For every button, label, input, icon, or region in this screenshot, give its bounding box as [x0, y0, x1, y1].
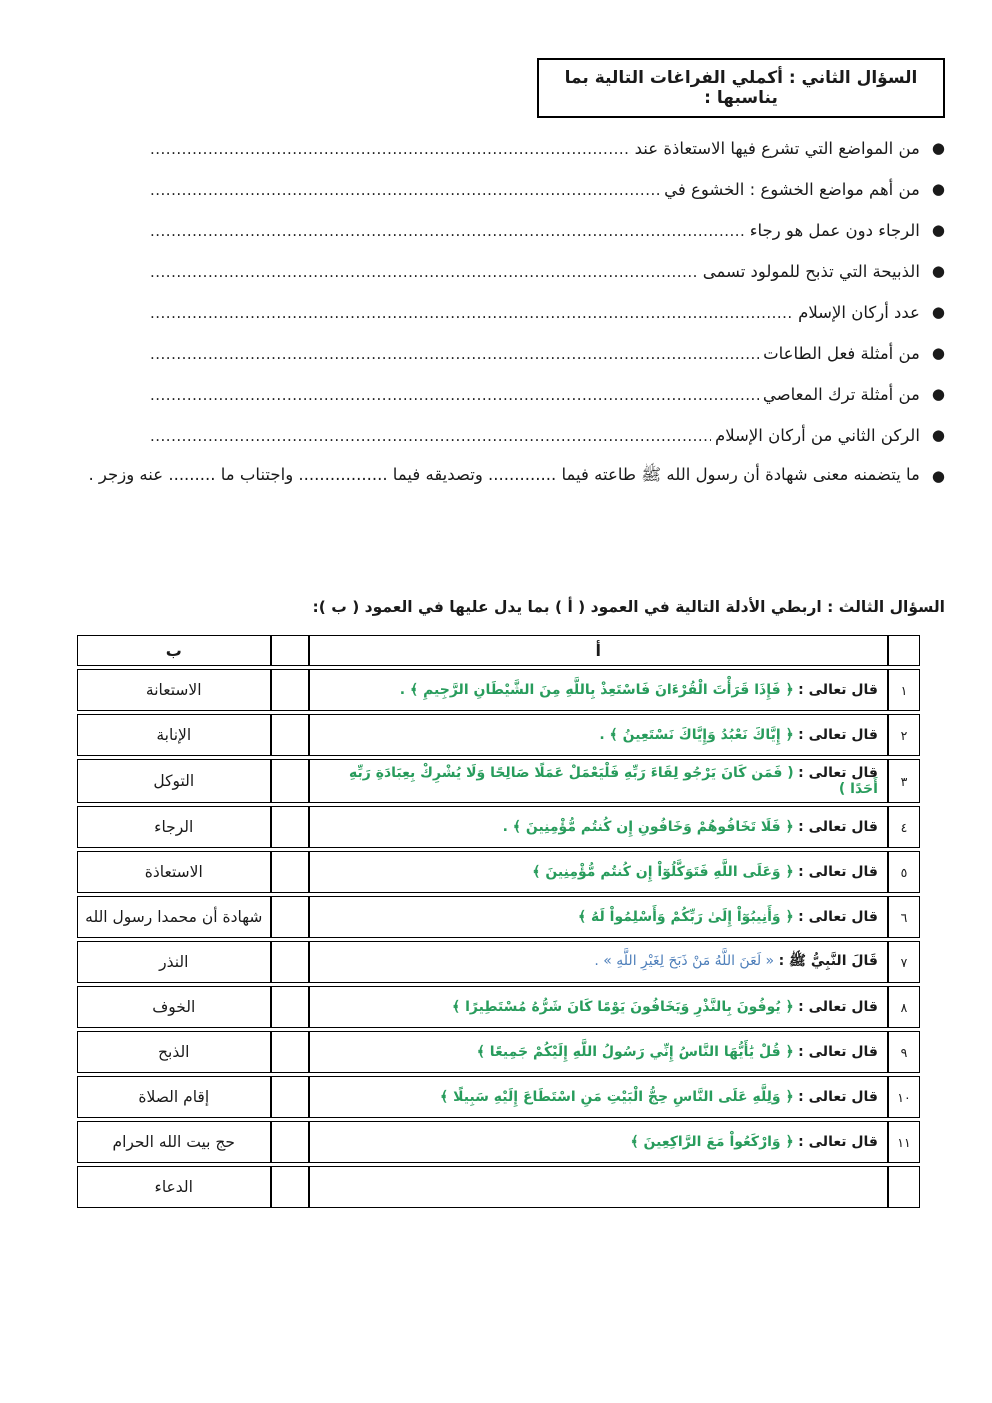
fill-blank-dots: ........................................…: [150, 304, 794, 322]
term-cell: حج بيت الله الحرام: [77, 1121, 271, 1163]
list-item: ● الرجاء دون عمل هو رجاء ...............…: [150, 210, 945, 251]
match-answer-cell: [271, 806, 309, 848]
term-cell: الاستعانة: [77, 669, 271, 711]
fill-blank-dots: ........................................…: [150, 386, 759, 404]
question3-title: السؤال الثالث : اربطي الأدلة التالية في …: [313, 598, 945, 616]
fill-blank-dots: ........................................…: [150, 222, 746, 240]
list-item: ● من أهم مواضع الخشوع : الخشوع في ......…: [150, 169, 945, 210]
verse-text: ﴿ فَإِذَا قَرَأْتَ الْقُرْءَانَ فَاسْتَع…: [400, 682, 794, 698]
match-answer-cell: [271, 896, 309, 938]
speaker-text: قال تعالى :: [798, 682, 878, 698]
bullet-icon: ●: [932, 223, 945, 238]
match-answer-cell: [271, 714, 309, 756]
term-cell: شهادة أن محمدا رسول الله: [77, 896, 271, 938]
evidence-cell: قَالَ النَّبِيُّ ﷺ : « لَعَنَ اللَّهُ مَ…: [309, 941, 888, 983]
bullet-icon: ●: [932, 141, 945, 156]
speaker-text: قال تعالى :: [798, 765, 878, 781]
term-cell: الاستعاذة: [77, 851, 271, 893]
row-number: ١: [888, 669, 920, 711]
bullet-icon: ●: [932, 182, 945, 197]
fill-blank-dots: ........................................…: [150, 427, 711, 445]
row-number: ١١: [888, 1121, 920, 1163]
speaker-text: قال تعالى :: [798, 909, 878, 925]
verse-text: ﴿ إِيَّاكَ نَعْبُدُ وَإِيَّاكَ نَسْتَعِي…: [599, 727, 793, 743]
hadith-text: « لَعَنَ اللَّهُ مَنْ ذَبَحَ لِغَيْرِ ال…: [594, 953, 774, 969]
table-row: ٢ قال تعالى : ﴿ إِيَّاكَ نَعْبُدُ وَإِيَ…: [77, 714, 920, 756]
evidence-cell: قال تعالى : ﴿ فَلَا تَخَافُوهُمْ وَخَافُ…: [309, 806, 888, 848]
table-row: ٥ قال تعالى : ﴿ وَعَلَى اللَّهِ فَتَوَكَ…: [77, 851, 920, 893]
row-number: ٩: [888, 1031, 920, 1073]
verse-text: ﴿ يُوفُونَ بِالنَّذْرِ وَيَخَافُونَ يَوْ…: [452, 999, 794, 1015]
table-row: ٩ قال تعالى : ﴿ قُلْ يَٰأَيُّهَا النَّاس…: [77, 1031, 920, 1073]
evidence-cell: قال تعالى : ﴿ وَلِلَّهِ عَلَى النَّاسِ ح…: [309, 1076, 888, 1118]
list-item: ● من المواضع التي تشرع فيها الاستعاذة عن…: [150, 128, 945, 169]
evidence-cell: قال تعالى : ﴿ فَإِذَا قَرَأْتَ الْقُرْءَ…: [309, 669, 888, 711]
term-cell: النذر: [77, 941, 271, 983]
row-number: ١٠: [888, 1076, 920, 1118]
match-answer-cell: [271, 1166, 309, 1208]
row-number: ٥: [888, 851, 920, 893]
bullet-icon: ●: [932, 346, 945, 361]
evidence-cell: قال تعالى : ﴿ يُوفُونَ بِالنَّذْرِ وَيَخ…: [309, 986, 888, 1028]
row-number: [888, 1166, 920, 1208]
speaker-text: قَالَ النَّبِيُّ ﷺ :: [779, 953, 878, 969]
fill-blank-dots: ........................................…: [150, 345, 759, 363]
table-row: ١٠ قال تعالى : ﴿ وَلِلَّهِ عَلَى النَّاس…: [77, 1076, 920, 1118]
blank-question-text: ما يتضمنه معنى شهادة أن رسول الله ﷺ طاعت…: [88, 465, 919, 489]
blank-question-text: عدد أركان الإسلام: [798, 303, 920, 322]
verse-text: ﴿ وَأَنِيبُوٓاْ إِلَىٰ رَبِّكُمْ وَأَسْل…: [578, 909, 794, 925]
match-answer-cell: [271, 759, 309, 803]
evidence-cell: قال تعالى : ( فَمَن كَانَ يَرْجُو لِقَاء…: [309, 759, 888, 803]
list-item: ● من أمثلة فعل الطاعات .................…: [150, 333, 945, 374]
bullet-icon: ●: [932, 305, 945, 320]
table-row: ١ قال تعالى : ﴿ فَإِذَا قَرَأْتَ الْقُرْ…: [77, 669, 920, 711]
speaker-text: قال تعالى :: [798, 1044, 878, 1060]
table-row: ٨ قال تعالى : ﴿ يُوفُونَ بِالنَّذْرِ وَي…: [77, 986, 920, 1028]
bullet-icon: ●: [932, 469, 945, 484]
verse-text: ﴿ وَعَلَى اللَّهِ فَتَوَكَّلُوٓاْ إِن كُ…: [532, 864, 793, 880]
question2-title: السؤال الثاني : أكملي الفراغات التالية ب…: [551, 68, 931, 108]
row-number: ٣: [888, 759, 920, 803]
speaker-text: قال تعالى :: [798, 1089, 878, 1105]
row-number: ٨: [888, 986, 920, 1028]
match-answer-cell: [271, 669, 309, 711]
match-answer-cell: [271, 1121, 309, 1163]
bullet-icon: ●: [932, 264, 945, 279]
match-answer-cell: [271, 941, 309, 983]
evidence-cell: قال تعالى : ﴿ قُلْ يَٰأَيُّهَا النَّاسُ …: [309, 1031, 888, 1073]
matching-table: أ ب ١ قال تعالى : ﴿ فَإِذَا قَرَأْتَ الْ…: [77, 632, 920, 1211]
row-number: ٦: [888, 896, 920, 938]
fill-in-blanks-list: ● من المواضع التي تشرع فيها الاستعاذة عن…: [150, 128, 945, 497]
fill-blank-dots: ........................................…: [150, 140, 631, 158]
term-cell: الدعاء: [77, 1166, 271, 1208]
table-row: ١١ قال تعالى : ﴿ وَارْكَعُواْ مَعَ الرَّ…: [77, 1121, 920, 1163]
blank-question-text: من أمثلة ترك المعاصي: [763, 385, 920, 404]
evidence-cell: قال تعالى : ﴿ وَارْكَعُواْ مَعَ الرَّاكِ…: [309, 1121, 888, 1163]
match-answer-cell: [271, 851, 309, 893]
term-cell: الإنابة: [77, 714, 271, 756]
row-number: ٤: [888, 806, 920, 848]
match-answer-cell: [271, 986, 309, 1028]
match-answer-cell: [271, 1031, 309, 1073]
table-row: ٧ قَالَ النَّبِيُّ ﷺ : « لَعَنَ اللَّهُ …: [77, 941, 920, 983]
term-cell: التوكل: [77, 759, 271, 803]
table-row: ٤ قال تعالى : ﴿ فَلَا تَخَافُوهُمْ وَخَا…: [77, 806, 920, 848]
header-number-cell: [888, 635, 920, 666]
verse-text: ﴿ فَلَا تَخَافُوهُمْ وَخَافُونِ إِن كُنت…: [503, 819, 794, 835]
bullet-icon: ●: [932, 428, 945, 443]
row-number: ٢: [888, 714, 920, 756]
blank-question-text: من أمثلة فعل الطاعات: [763, 344, 920, 363]
evidence-cell: قال تعالى : ﴿ إِيَّاكَ نَعْبُدُ وَإِيَّا…: [309, 714, 888, 756]
bullet-icon: ●: [932, 387, 945, 402]
fill-blank-dots: ........................................…: [150, 263, 699, 281]
verse-text: ﴿ قُلْ يَٰأَيُّهَا النَّاسُ إِنِّي رَسُو…: [477, 1044, 794, 1060]
fill-blank-dots: ........................................…: [150, 181, 660, 199]
list-item: ● الركن الثاني من أركان الإسلام ........…: [150, 415, 945, 456]
list-item: ● ما يتضمنه معنى شهادة أن رسول الله ﷺ طا…: [150, 456, 945, 497]
row-number: ٧: [888, 941, 920, 983]
blank-question-text: الرجاء دون عمل هو رجاء: [750, 221, 920, 240]
speaker-text: قال تعالى :: [798, 999, 878, 1015]
speaker-text: قال تعالى :: [798, 1134, 878, 1150]
term-cell: الخوف: [77, 986, 271, 1028]
term-cell: إقام الصلاة: [77, 1076, 271, 1118]
evidence-cell: [309, 1166, 888, 1208]
speaker-text: قال تعالى :: [798, 819, 878, 835]
column-a-header: أ: [309, 635, 888, 666]
speaker-text: قال تعالى :: [798, 864, 878, 880]
question2-title-box: السؤال الثاني : أكملي الفراغات التالية ب…: [537, 58, 945, 118]
table-row: الدعاء: [77, 1166, 920, 1208]
evidence-cell: قال تعالى : ﴿ وَأَنِيبُوٓاْ إِلَىٰ رَبِّ…: [309, 896, 888, 938]
table-row: ٦ قال تعالى : ﴿ وَأَنِيبُوٓاْ إِلَىٰ رَب…: [77, 896, 920, 938]
verse-text: ﴿ وَلِلَّهِ عَلَى النَّاسِ حِجُّ الْبَيْ…: [440, 1089, 794, 1105]
table-row: ٣ قال تعالى : ( فَمَن كَانَ يَرْجُو لِقَ…: [77, 759, 920, 803]
term-cell: الرجاء: [77, 806, 271, 848]
header-answer-cell: [271, 635, 309, 666]
list-item: ● عدد أركان الإسلام ....................…: [150, 292, 945, 333]
blank-question-text: الذبيحة التي تذبح للمولود تسمى: [703, 262, 920, 281]
table-header-row: أ ب: [77, 635, 920, 666]
verse-text: ﴿ وَارْكَعُواْ مَعَ الرَّاكِعِينَ ﴾: [630, 1134, 793, 1150]
blank-question-text: من المواضع التي تشرع فيها الاستعاذة عند: [635, 139, 920, 158]
match-answer-cell: [271, 1076, 309, 1118]
evidence-cell: قال تعالى : ﴿ وَعَلَى اللَّهِ فَتَوَكَّل…: [309, 851, 888, 893]
term-cell: الذبح: [77, 1031, 271, 1073]
list-item: ● الذبيحة التي تذبح للمولود تسمى .......…: [150, 251, 945, 292]
column-b-header: ب: [77, 635, 271, 666]
list-item: ● من أمثلة ترك المعاصي .................…: [150, 374, 945, 415]
blank-question-text: الركن الثاني من أركان الإسلام: [715, 426, 920, 445]
blank-question-text: من أهم مواضع الخشوع : الخشوع في: [664, 180, 920, 199]
speaker-text: قال تعالى :: [798, 727, 878, 743]
